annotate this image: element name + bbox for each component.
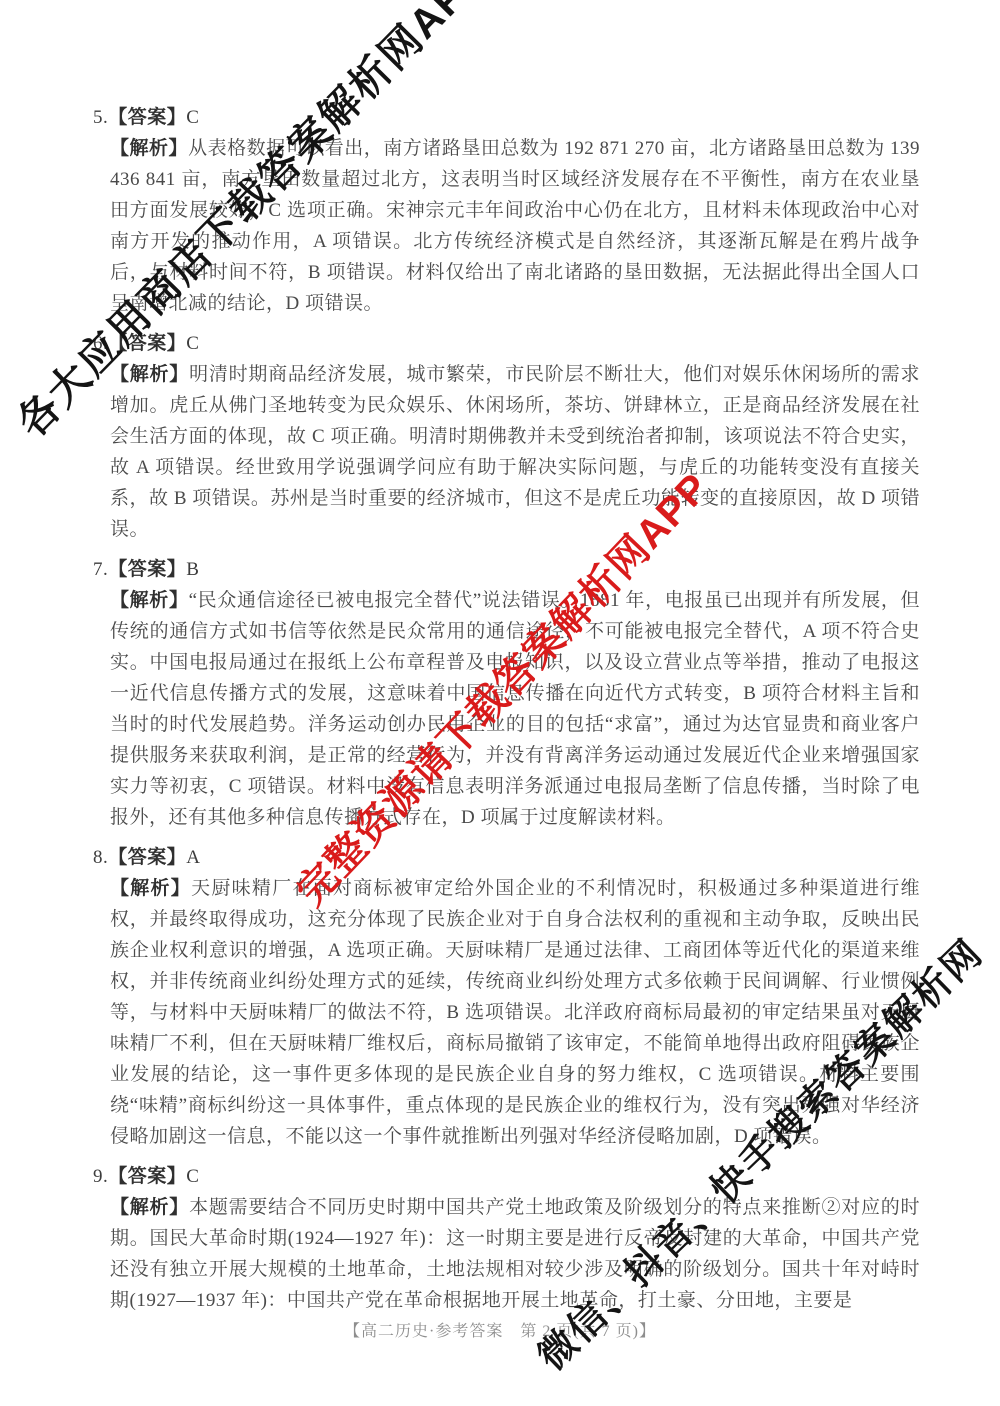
question-number: 5.	[93, 107, 108, 128]
answer-letter: C	[186, 333, 199, 354]
answer-line: 5.【答案】C	[93, 102, 920, 133]
analysis-label: 【解析】	[110, 138, 188, 159]
analysis-text: 明清时期商品经济发展，城市繁荣，市民阶层不断壮大，他们对娱乐休闲场所的需求增加。…	[110, 364, 920, 540]
answer-label: 【答案】	[108, 559, 186, 580]
answer-line: 8.【答案】A	[93, 842, 920, 873]
question-number: 8.	[93, 847, 108, 868]
analysis-text: 本题需要结合不同历史时期中国共产党土地政策及阶级划分的特点来推断②对应的时期。国…	[110, 1197, 920, 1311]
answer-letter: C	[186, 1166, 199, 1187]
analysis-paragraph: 【解析】本题需要结合不同历史时期中国共产党土地政策及阶级划分的特点来推断②对应的…	[110, 1192, 920, 1316]
analysis-label: 【解析】	[110, 1197, 189, 1218]
answer-label: 【答案】	[108, 1166, 186, 1187]
question-block-6: 6.【答案】C 【解析】明清时期商品经济发展，城市繁荣，市民阶层不断壮大，他们对…	[110, 328, 920, 545]
answer-letter: C	[186, 107, 199, 128]
answer-line: 7.【答案】B	[93, 554, 920, 585]
answer-line: 6.【答案】C	[93, 328, 920, 359]
analysis-label: 【解析】	[110, 878, 191, 899]
answer-label: 【答案】	[108, 107, 186, 128]
answer-label: 【答案】	[108, 847, 186, 868]
scanned-answer-page: { "labels": { "answer": "【答案】", "analysi…	[0, 0, 1000, 1406]
answer-line: 9.【答案】C	[93, 1161, 920, 1192]
answer-letter: B	[186, 559, 199, 580]
page-footer: 【高二历史·参考答案 第 2 页(共 7 页)】	[0, 1318, 1000, 1341]
question-number: 7.	[93, 559, 108, 580]
analysis-label: 【解析】	[110, 590, 189, 611]
answer-letter: A	[186, 847, 200, 868]
question-block-9: 9.【答案】C 【解析】本题需要结合不同历史时期中国共产党土地政策及阶级划分的特…	[110, 1161, 920, 1316]
analysis-paragraph: 【解析】明清时期商品经济发展，城市繁荣，市民阶层不断壮大，他们对娱乐休闲场所的需…	[110, 359, 920, 545]
question-number: 9.	[93, 1166, 108, 1187]
